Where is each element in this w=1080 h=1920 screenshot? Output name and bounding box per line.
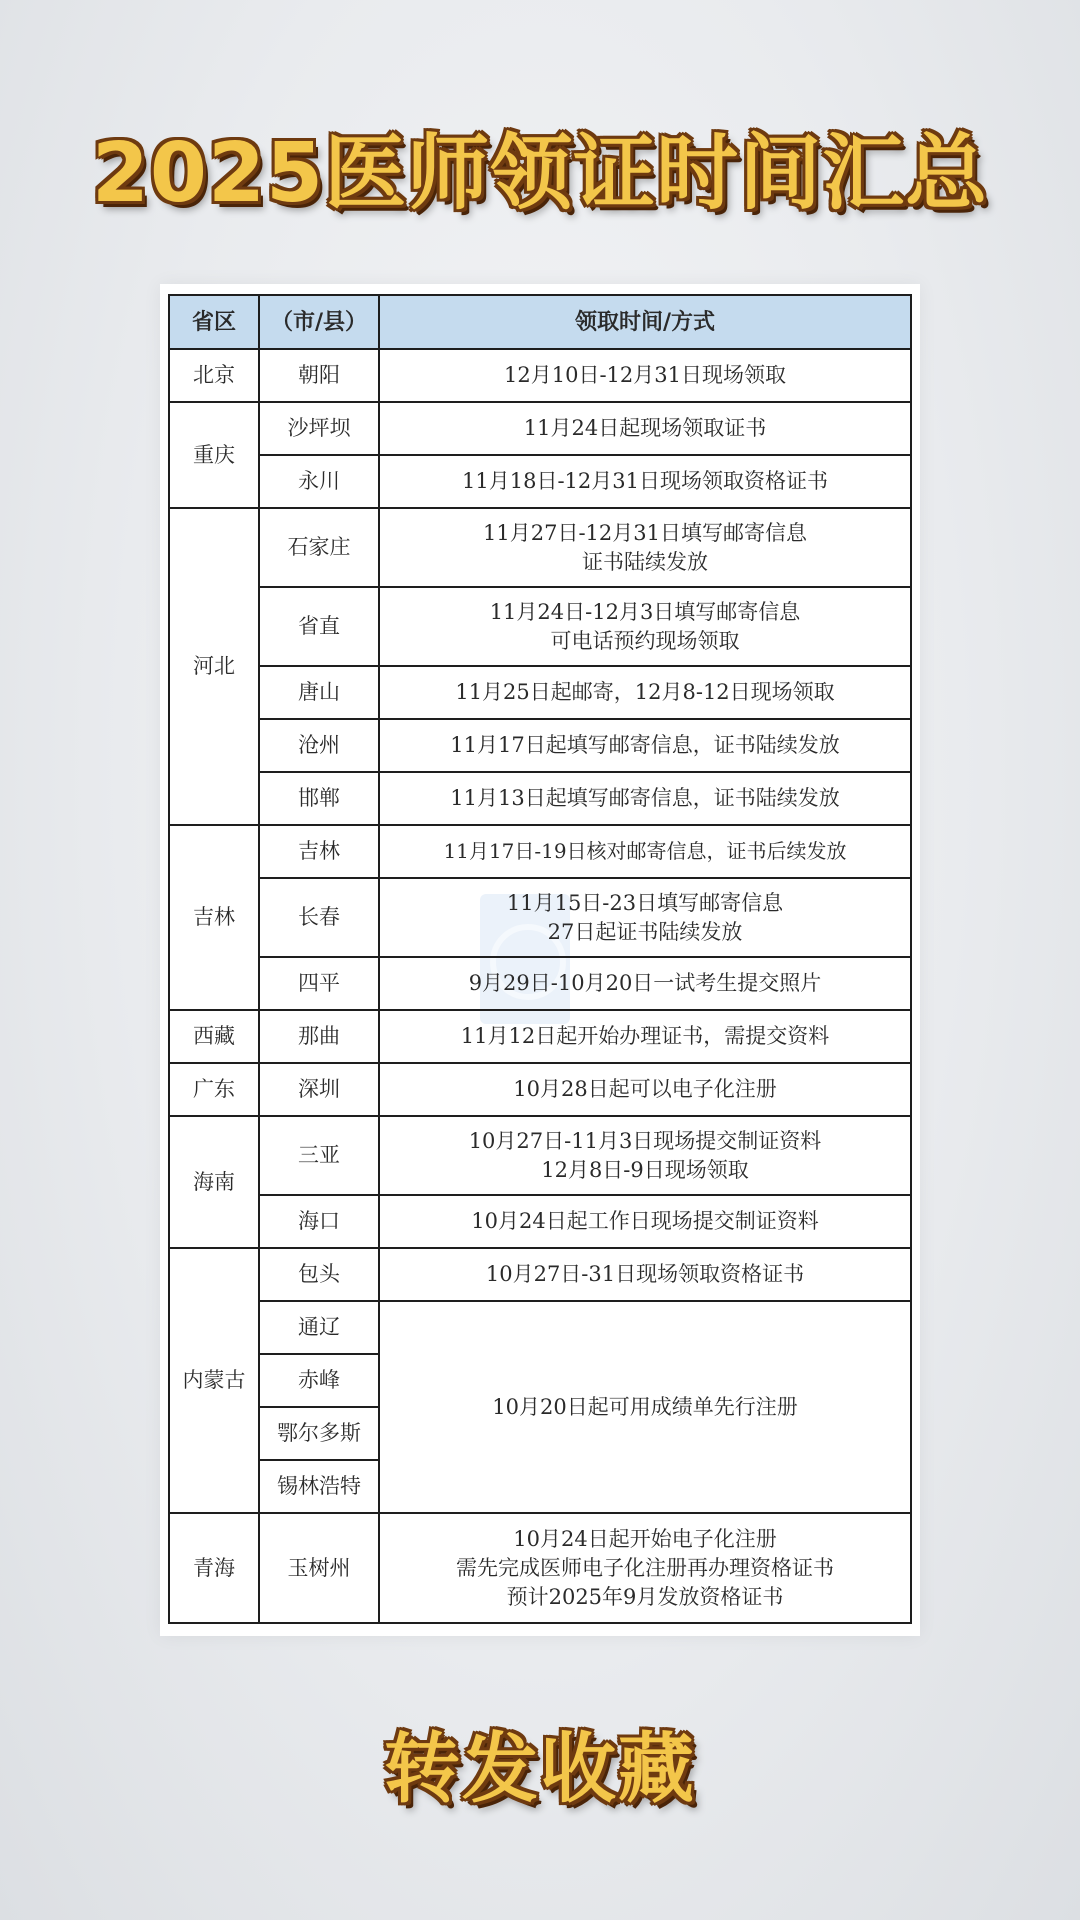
info-cell: 12月10日-12月31日现场领取 [379,349,911,402]
info-line: 11月27日-12月31日填写邮寄信息 [380,519,910,548]
info-cell: 10月28日起可以电子化注册 [379,1063,911,1116]
info-cell: 10月24日起开始电子化注册 需先完成医师电子化注册再办理资格证书 预计2025… [379,1513,911,1623]
info-cell: 11月17日-19日核对邮寄信息，证书后续发放 [379,825,911,878]
info-line: 10月24日起开始电子化注册 [380,1525,910,1554]
info-cell: 11月27日-12月31日填写邮寄信息 证书陆续发放 [379,508,911,587]
city-cell: 邯郸 [259,772,379,825]
table-row: 海口 10月24日起工作日现场提交制证资料 [169,1195,911,1248]
table-row: 海南 三亚 10月27日-11月3日现场提交制证资料 12月8日-9日现场领取 [169,1116,911,1195]
province-cell: 河北 [169,508,259,825]
info-cell: 11月15日-23日填写邮寄信息 27日起证书陆续发放 [379,878,911,957]
header-city: （市/县） [259,295,379,349]
info-cell: 11月18日-12月31日现场领取资格证书 [379,455,911,508]
share-save-banner: 转发收藏 [0,1708,1080,1817]
header-info: 领取时间/方式 [379,295,911,349]
info-line: 证书陆续发放 [380,548,910,577]
city-cell: 省直 [259,587,379,666]
table-row: 唐山 11月25日起邮寄，12月8-12日现场领取 [169,666,911,719]
table-header-row: 省区 （市/县） 领取时间/方式 [169,295,911,349]
city-cell: 四平 [259,957,379,1010]
info-cell: 11月24日-12月3日填写邮寄信息 可电话预约现场领取 [379,587,911,666]
province-cell: 西藏 [169,1010,259,1063]
province-cell: 青海 [169,1513,259,1623]
header-province: 省区 [169,295,259,349]
table-row: 长春 11月15日-23日填写邮寄信息 27日起证书陆续发放 [169,878,911,957]
city-cell: 海口 [259,1195,379,1248]
table-row: 西藏 那曲 11月12日起开始办理证书，需提交资料 [169,1010,911,1063]
table-row: 四平 9月29日-10月20日一试考生提交照片 [169,957,911,1010]
info-line: 11月15日-23日填写邮寄信息 [380,889,910,918]
table-row: 吉林 吉林 11月17日-19日核对邮寄信息，证书后续发放 [169,825,911,878]
province-cell: 海南 [169,1116,259,1248]
city-cell: 那曲 [259,1010,379,1063]
info-line: 11月24日-12月3日填写邮寄信息 [380,598,910,627]
city-cell: 锡林浩特 [259,1460,379,1513]
table-row: 河北 石家庄 11月27日-12月31日填写邮寄信息 证书陆续发放 [169,508,911,587]
table-row: 邯郸 11月13日起填写邮寄信息，证书陆续发放 [169,772,911,825]
info-line: 27日起证书陆续发放 [380,918,910,947]
info-cell: 11月17日起填写邮寄信息，证书陆续发放 [379,719,911,772]
city-cell: 沧州 [259,719,379,772]
city-cell: 沙坪坝 [259,402,379,455]
table-row: 永川 11月18日-12月31日现场领取资格证书 [169,455,911,508]
city-cell: 永川 [259,455,379,508]
city-cell: 深圳 [259,1063,379,1116]
province-cell: 重庆 [169,402,259,508]
info-line: 需先完成医师电子化注册再办理资格证书 [380,1554,910,1583]
city-cell: 鄂尔多斯 [259,1407,379,1460]
info-cell: 10月24日起工作日现场提交制证资料 [379,1195,911,1248]
info-cell: 10月27日-11月3日现场提交制证资料 12月8日-9日现场领取 [379,1116,911,1195]
info-cell: 10月27日-31日现场领取资格证书 [379,1248,911,1301]
city-cell: 赤峰 [259,1354,379,1407]
city-cell: 通辽 [259,1301,379,1354]
info-line: 可电话预约现场领取 [380,627,910,656]
city-cell: 唐山 [259,666,379,719]
info-cell: 11月24日起现场领取证书 [379,402,911,455]
province-cell: 内蒙古 [169,1248,259,1513]
table-row: 青海 玉树州 10月24日起开始电子化注册 需先完成医师电子化注册再办理资格证书… [169,1513,911,1623]
info-line: 预计2025年9月发放资格证书 [380,1583,910,1612]
table-row: 内蒙古 包头 10月27日-31日现场领取资格证书 [169,1248,911,1301]
city-cell: 石家庄 [259,508,379,587]
city-cell: 长春 [259,878,379,957]
info-cell: 11月25日起邮寄，12月8-12日现场领取 [379,666,911,719]
page-title: 2025医师领证时间汇总 [0,108,1080,225]
city-cell: 吉林 [259,825,379,878]
schedule-table: 省区 （市/县） 领取时间/方式 北京 朝阳 12月10日-12月31日现场领取… [168,294,912,1624]
city-cell: 包头 [259,1248,379,1301]
province-cell: 北京 [169,349,259,402]
table-row: 省直 11月24日-12月3日填写邮寄信息 可电话预约现场领取 [169,587,911,666]
city-cell: 玉树州 [259,1513,379,1623]
info-cell-merged: 10月20日起可用成绩单先行注册 [379,1301,911,1513]
table-row: 北京 朝阳 12月10日-12月31日现场领取 [169,349,911,402]
info-line: 12月8日-9日现场领取 [380,1156,910,1185]
schedule-card: 省区 （市/县） 领取时间/方式 北京 朝阳 12月10日-12月31日现场领取… [160,284,920,1636]
province-cell: 广东 [169,1063,259,1116]
info-cell: 11月13日起填写邮寄信息，证书陆续发放 [379,772,911,825]
info-line: 10月27日-11月3日现场提交制证资料 [380,1127,910,1156]
city-cell: 三亚 [259,1116,379,1195]
table-row: 沧州 11月17日起填写邮寄信息，证书陆续发放 [169,719,911,772]
info-cell: 9月29日-10月20日一试考生提交照片 [379,957,911,1010]
table-row: 通辽 10月20日起可用成绩单先行注册 [169,1301,911,1354]
info-cell: 11月12日起开始办理证书，需提交资料 [379,1010,911,1063]
province-cell: 吉林 [169,825,259,1010]
city-cell: 朝阳 [259,349,379,402]
table-row: 广东 深圳 10月28日起可以电子化注册 [169,1063,911,1116]
table-row: 重庆 沙坪坝 11月24日起现场领取证书 [169,402,911,455]
